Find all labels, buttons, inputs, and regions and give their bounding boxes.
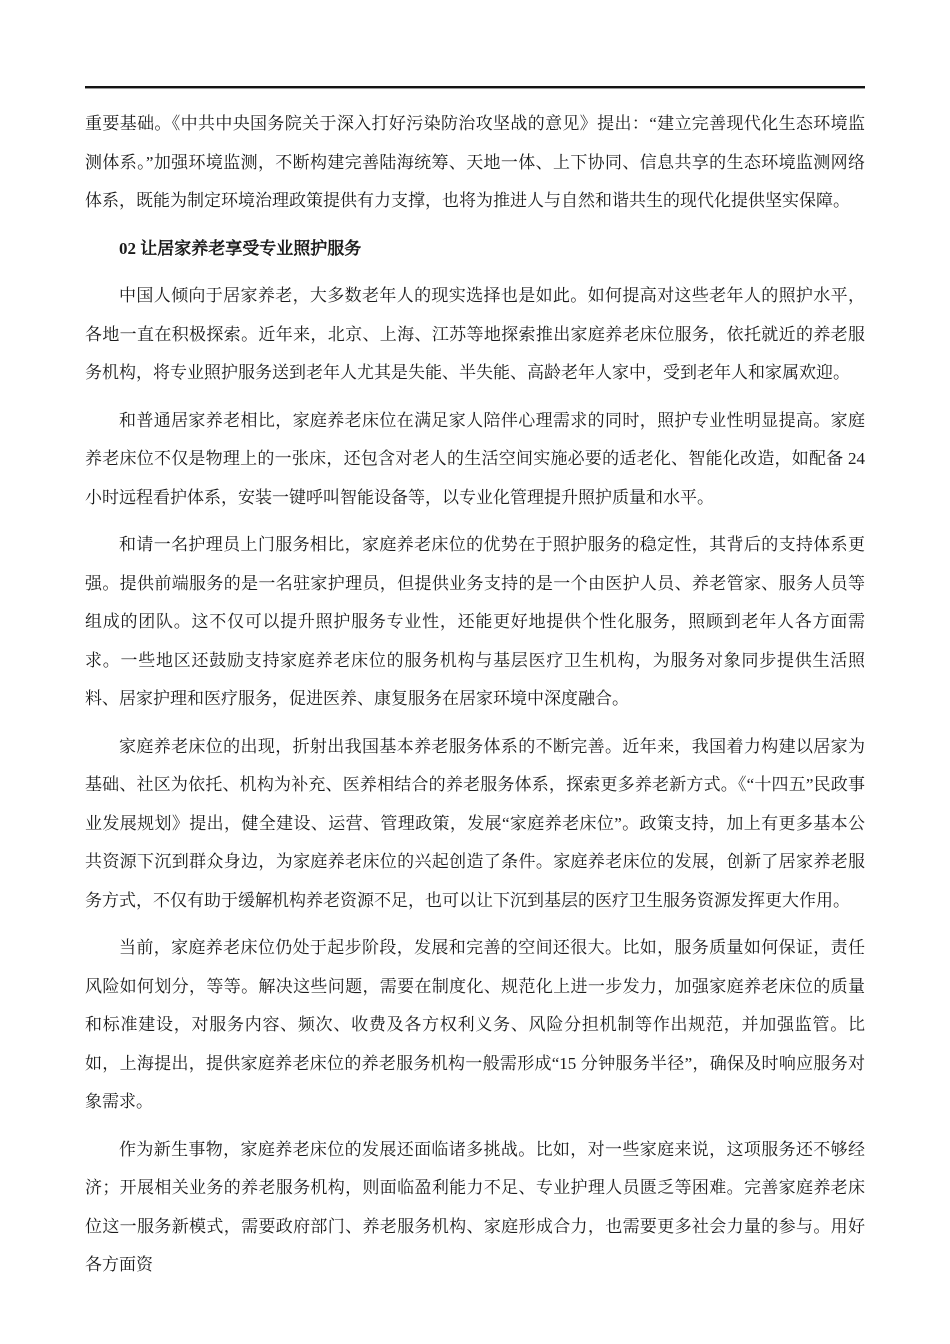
paragraph: 中国人倾向于居家养老，大多数老年人的现实选择也是如此。如何提高对这些老年人的照护… bbox=[85, 277, 865, 393]
paragraph: 和普通居家养老相比，家庭养老床位在满足家人陪伴心理需求的同时，照护专业性明显提高… bbox=[85, 402, 865, 518]
paragraph: 当前，家庭养老床位仍处于起步阶段，发展和完善的空间还很大。比如，服务质量如何保证… bbox=[85, 929, 865, 1122]
section-heading: 02 让居家养老享受专业照护服务 bbox=[85, 230, 865, 269]
document-body: 重要基础。《中共中央国务院关于深入打好污染防治攻坚战的意见》提出：“建立完善现代… bbox=[85, 105, 865, 1294]
paragraph: 和请一名护理员上门服务相比，家庭养老床位的优势在于照护服务的稳定性，其背后的支持… bbox=[85, 526, 865, 719]
paragraph: 作为新生事物，家庭养老床位的发展还面临诸多挑战。比如，对一些家庭来说，这项服务还… bbox=[85, 1131, 865, 1285]
document-page: 重要基础。《中共中央国务院关于深入打好污染防治攻坚战的意见》提出：“建立完善现代… bbox=[0, 0, 950, 1344]
paragraph-continuation: 重要基础。《中共中央国务院关于深入打好污染防治攻坚战的意见》提出：“建立完善现代… bbox=[85, 105, 865, 221]
paragraph: 家庭养老床位的出现，折射出我国基本养老服务体系的不断完善。近年来，我国着力构建以… bbox=[85, 728, 865, 921]
header-rule bbox=[85, 86, 865, 89]
